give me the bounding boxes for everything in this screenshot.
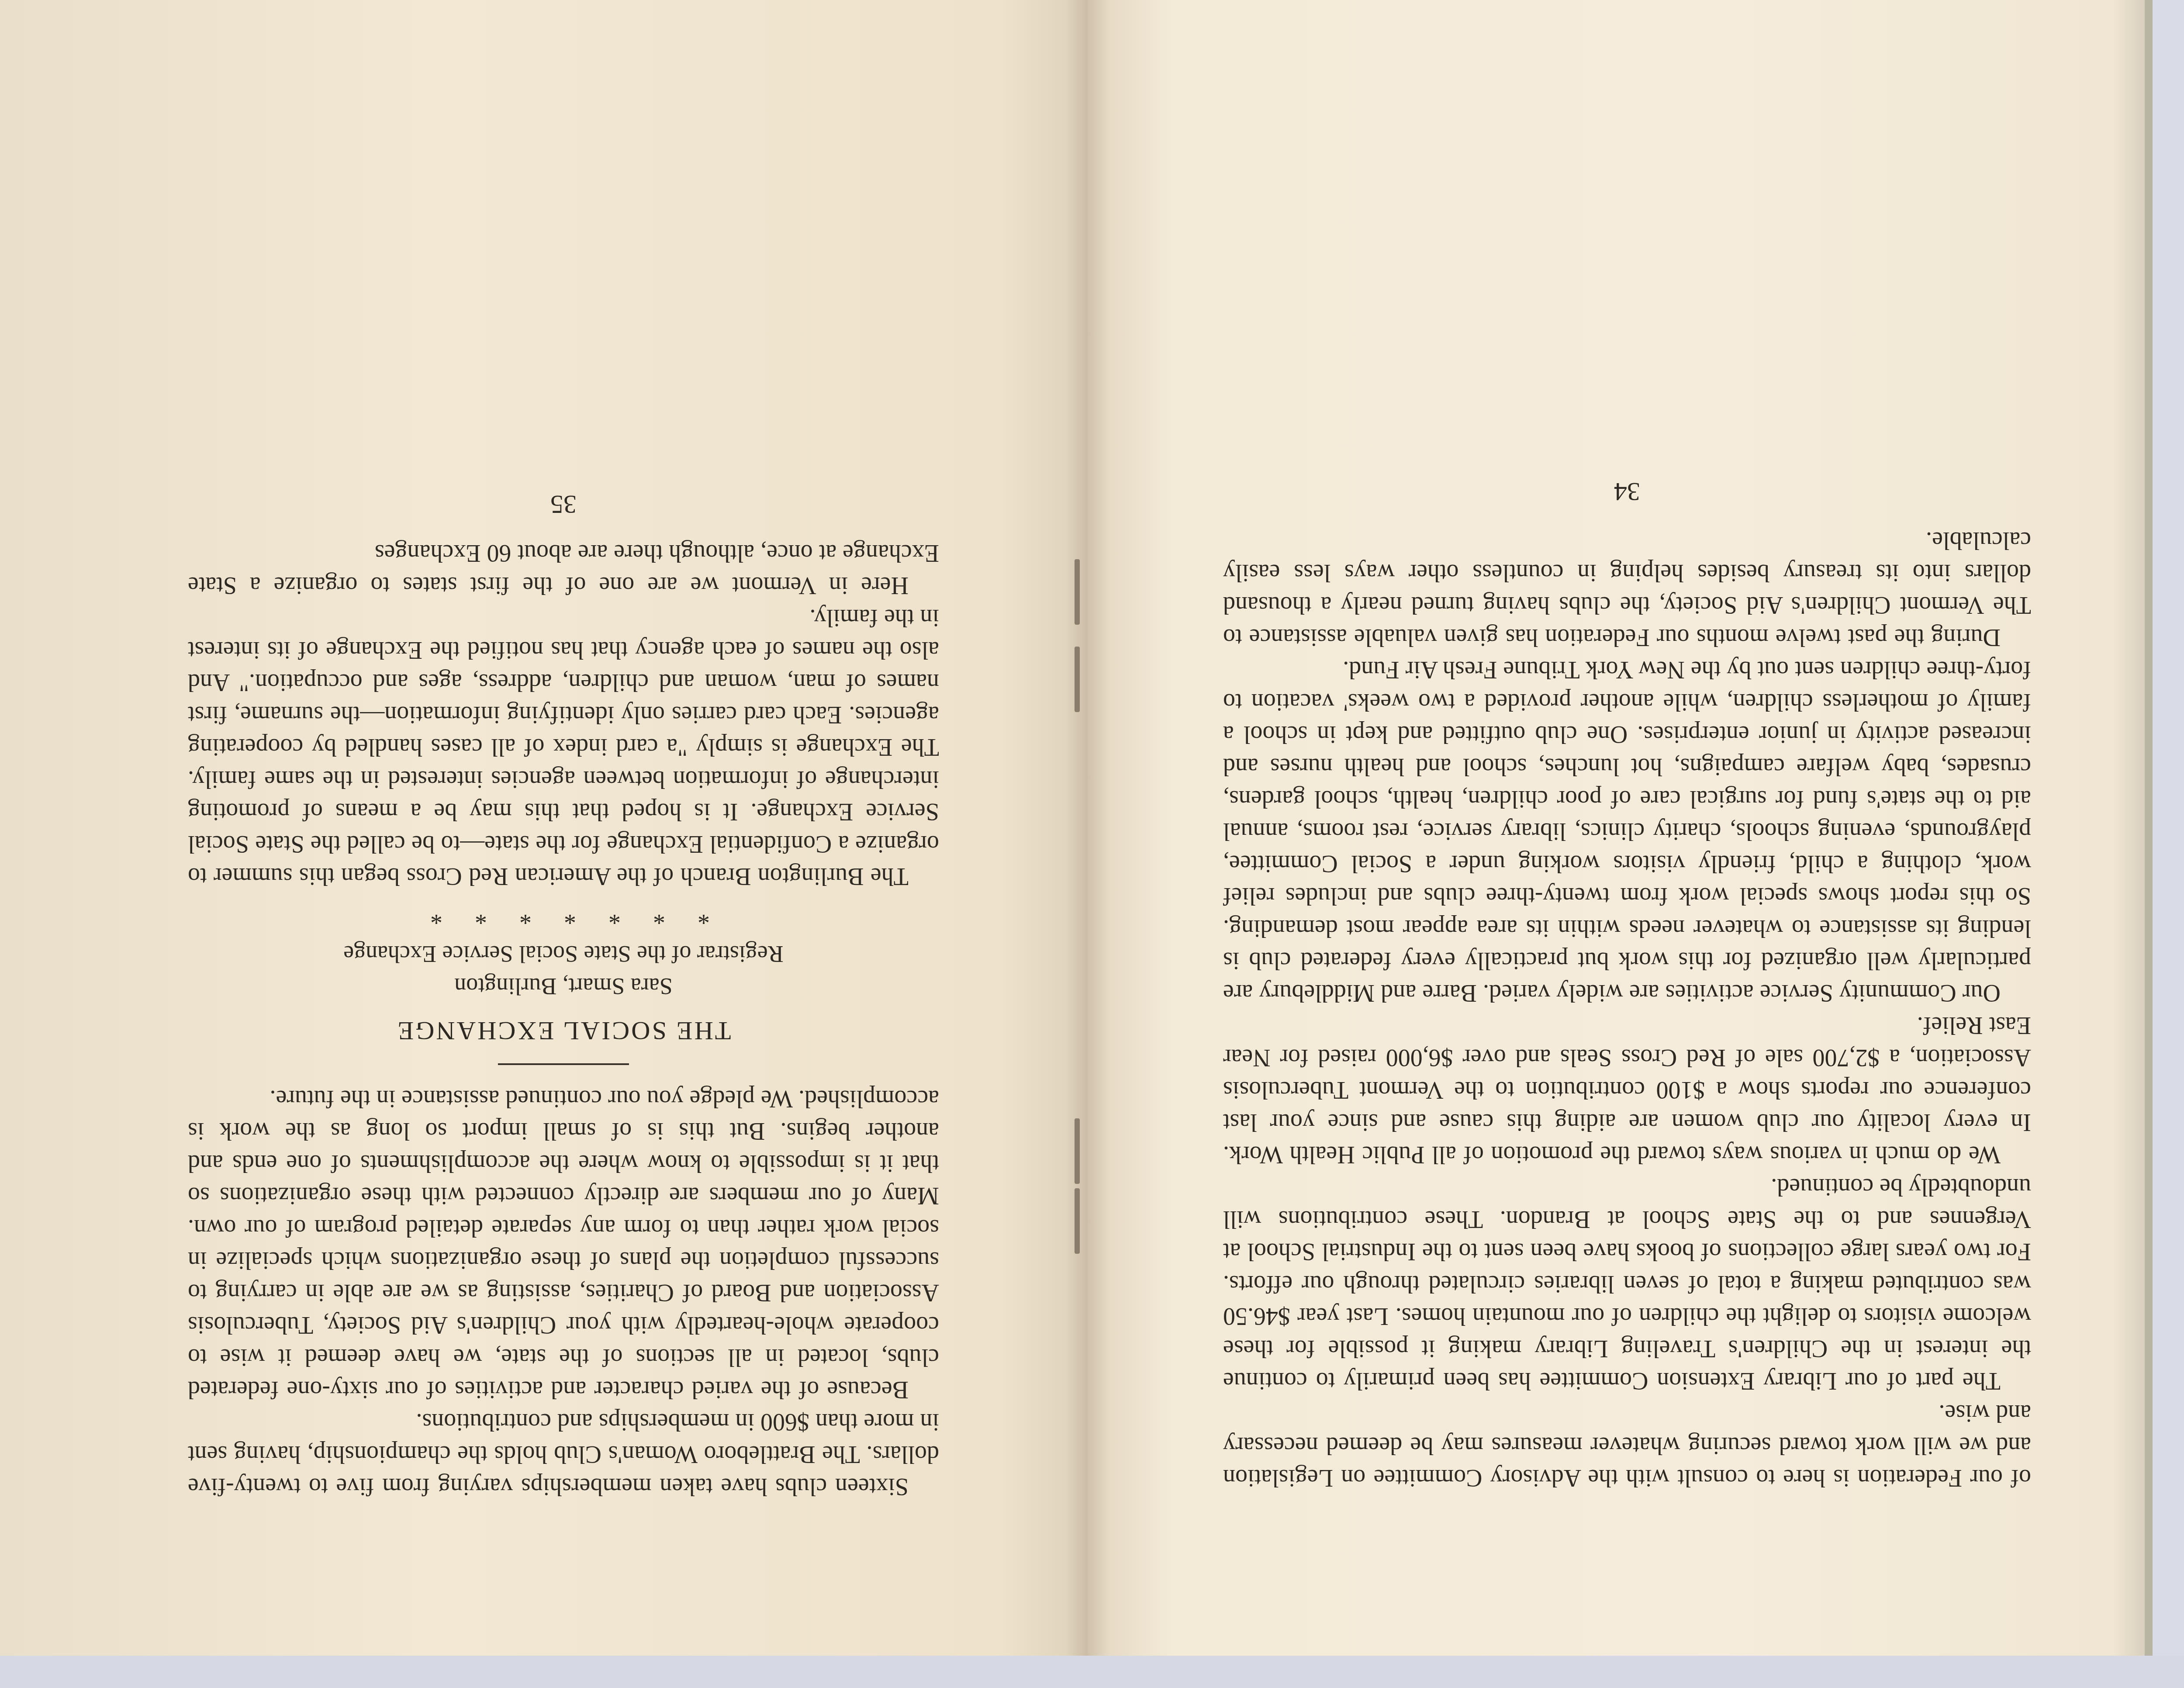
book-gutter — [1066, 0, 1109, 1656]
section-rule — [498, 1063, 629, 1065]
background-surface — [0, 1656, 2184, 1688]
binding-stitch — [1075, 1188, 1080, 1254]
binding-stitch — [1075, 1118, 1080, 1184]
paragraph: Our Community Service activities are wid… — [1223, 654, 2031, 1009]
author-name: Sara Smart, Burlington — [188, 970, 939, 1003]
author-role: Registrar of the State Social Service Ex… — [188, 938, 939, 970]
page-34-text: of our Federation is here to consult wit… — [1223, 183, 2031, 1494]
paragraph: During the past twelve months our Federa… — [1223, 524, 2031, 654]
page-number: 34 — [1223, 477, 2031, 507]
section-title: THE SOCIAL EXCHANGE — [188, 1016, 939, 1046]
paragraph: We do much in various ways toward the pr… — [1223, 1009, 2031, 1171]
paragraph: Because of the varied character and acti… — [188, 1083, 939, 1406]
paragraph: The part of our Library Extension Commit… — [1223, 1171, 2031, 1397]
page-35-text: Sixteen clubs have taken memberships var… — [188, 192, 939, 1503]
open-booklet: of our Federation is here to consult wit… — [0, 0, 2145, 1688]
binding-stitch — [1075, 647, 1080, 712]
separator: * * * * * * * — [188, 901, 939, 929]
paragraph: Sixteen clubs have taken memberships var… — [188, 1406, 939, 1503]
page-number: 35 — [188, 489, 939, 519]
paragraph: Here in Vermont we are one of the first … — [188, 537, 939, 602]
paragraph: The Burlington Branch of the American Re… — [188, 602, 939, 892]
binding-stitch — [1075, 559, 1080, 625]
paragraph: of our Federation is here to consult wit… — [1223, 1397, 2031, 1494]
